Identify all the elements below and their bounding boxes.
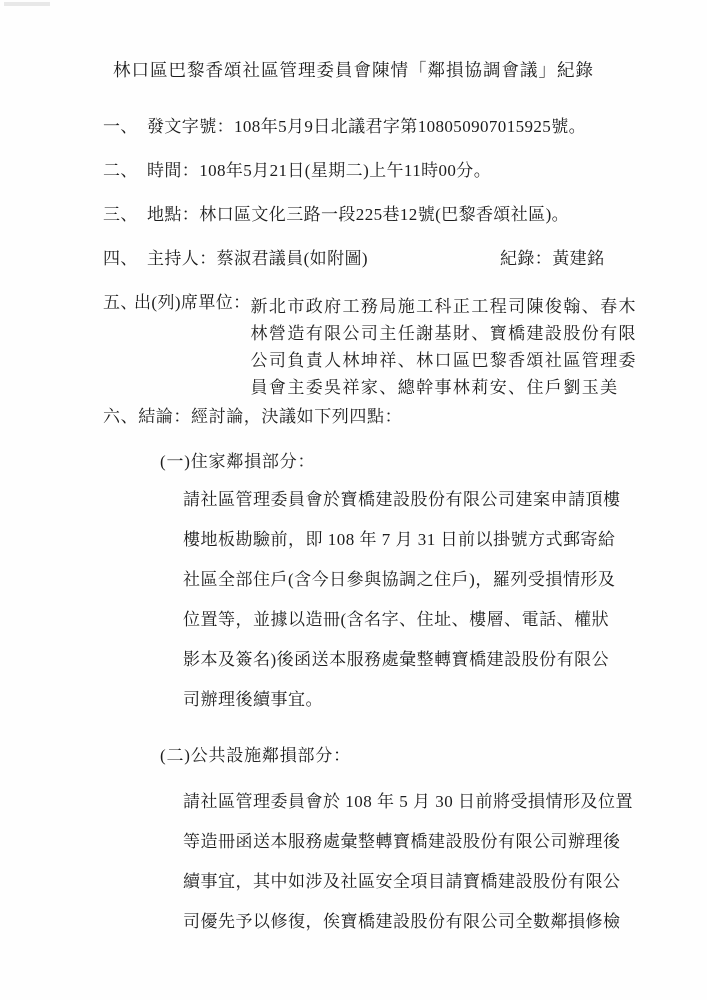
attendees-line: 林營造有限公司主任謝基財、寶橋建設股份有限	[251, 320, 637, 347]
list-item-time: 二、 時間： 108年5月21日(星期二)上午11時00分。	[103, 161, 707, 181]
section-body-residential: 請社區管理委員會於寶橋建設股份有限公司建案申請頂樓 樓地板勘驗前，即 108 年…	[183, 480, 707, 720]
paragraph-line: 司辦理後續事宜。	[183, 680, 707, 720]
item-number: 一、	[103, 117, 147, 137]
scan-artifact	[4, 2, 50, 6]
recorder-note: 紀錄：黃建銘	[500, 249, 604, 269]
meta-list: 一、 發文字號： 108年5月9日北議君字第108050907015925號。 …	[103, 117, 707, 401]
attendees-line: 員會主委吳祥家、總幹事林莉安、住戶劉玉美	[251, 374, 637, 401]
item-label: 地點：	[147, 205, 199, 225]
item-label: 發文字號：	[147, 117, 234, 137]
item-label: 時間：	[147, 161, 199, 181]
section-heading-public-facilities: (二)公共設施鄰損部分：	[160, 746, 707, 766]
paragraph-line: 等造冊函送本服務處彙整轉寶橋建設股份有限公司辦理後	[183, 822, 707, 862]
list-item-issue-number: 一、 發文字號： 108年5月9日北議君字第108050907015925號。	[103, 117, 707, 137]
section-heading-residential: (一)住家鄰損部分：	[160, 452, 707, 472]
item-number: 二、	[103, 161, 147, 181]
attendees-line: 公司負責人林坤祥、林口區巴黎香頌社區管理委	[251, 347, 637, 374]
attendees-line: 新北市政府工務局施工科正工程司陳俊翰、春木	[251, 293, 637, 320]
item-value: 108年5月21日(星期二)上午11時00分。	[199, 161, 491, 181]
paragraph-line: 司優先予以修復，俟寶橋建設股份有限公司全數鄰損修檢	[183, 902, 707, 942]
paragraph-line: 影本及簽名)後函送本服務處彙整轉寶橋建設股份有限公	[183, 640, 707, 680]
document-page: 林口區巴黎香頌社區管理委員會陳情「鄰損協調會議」紀錄 一、 發文字號： 108年…	[0, 0, 707, 1000]
item-number: 三、	[103, 205, 147, 225]
section-body-public-facilities: 請社區管理委員會於 108 年 5 月 30 日前將受損情形及位置 等造冊函送本…	[183, 782, 707, 942]
paragraph-line: 樓地板勘驗前，即 108 年 7 月 31 日前以掛號方式郵寄給	[183, 520, 707, 560]
item-value: 林口區文化三路一段225巷12號(巴黎香頌社區)。	[199, 205, 569, 225]
paragraph-line: 續事宜，其中如涉及社區安全項目請寶橋建設股份有限公	[183, 862, 707, 902]
item-label: 主持人：	[147, 249, 217, 269]
item-number: 五、	[103, 293, 134, 313]
item-label: 出(列)席單位：	[134, 293, 251, 313]
list-item-host: 四、 主持人： 蔡淑君議員(如附圖) 紀錄：黃建銘	[103, 249, 707, 269]
conclusion-heading: 六、結論：經討論，決議如下列四點：	[103, 407, 707, 427]
list-item-attendees: 五、 出(列)席單位： 新北市政府工務局施工科正工程司陳俊翰、春木 林營造有限公…	[103, 293, 707, 401]
paragraph-line: 請社區管理委員會於 108 年 5 月 30 日前將受損情形及位置	[183, 782, 707, 822]
item-value: 108年5月9日北議君字第108050907015925號。	[234, 117, 586, 137]
page-title: 林口區巴黎香頌社區管理委員會陳情「鄰損協調會議」紀錄	[0, 0, 707, 83]
attendees-block: 新北市政府工務局施工科正工程司陳俊翰、春木 林營造有限公司主任謝基財、寶橋建設股…	[251, 293, 637, 401]
item-value: 蔡淑君議員(如附圖)	[217, 249, 368, 269]
list-item-location: 三、 地點： 林口區文化三路一段225巷12號(巴黎香頌社區)。	[103, 205, 707, 225]
item-number: 四、	[103, 249, 147, 269]
paragraph-line: 社區全部住戶(含今日參與協調之住戶)，羅列受損情形及	[183, 560, 707, 600]
paragraph-line: 請社區管理委員會於寶橋建設股份有限公司建案申請頂樓	[183, 480, 707, 520]
paragraph-line: 位置等，並據以造冊(含名字、住址、樓層、電話、權狀	[183, 600, 707, 640]
